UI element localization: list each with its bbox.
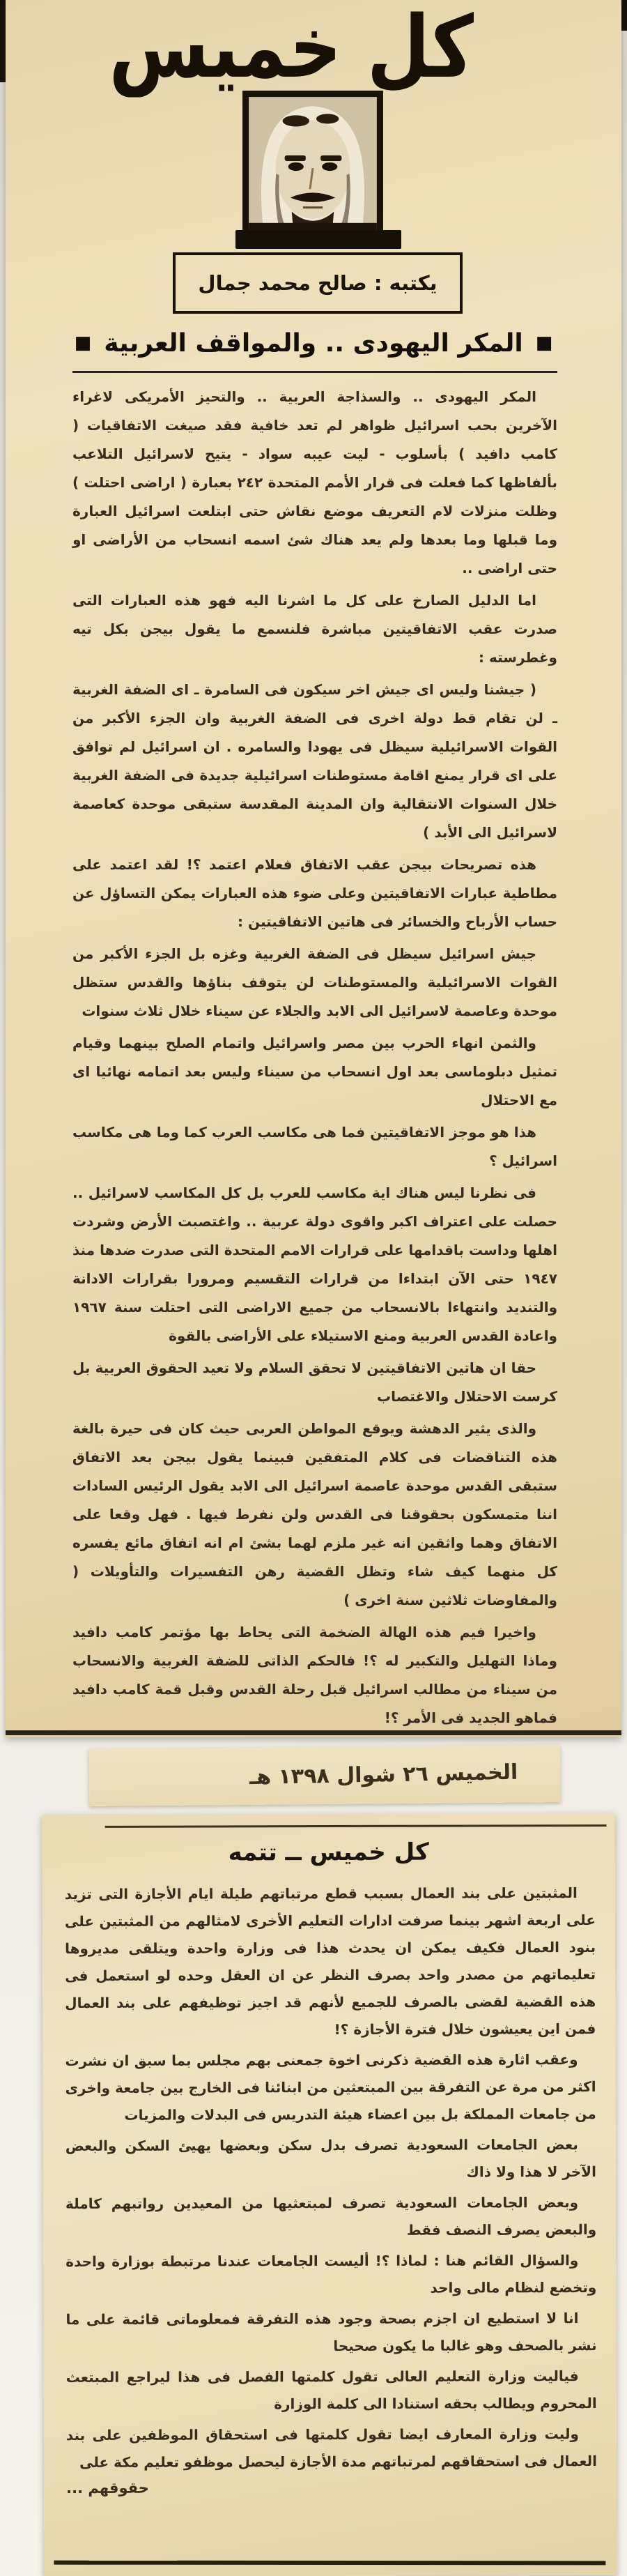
- issue-date: الخميس ٢٦ شوال ١٣٩٨ هـ: [131, 1760, 518, 1792]
- paragraph: هذا هو موجز الاتفاقيتين فما هى مكاسب الع…: [72, 1118, 557, 1175]
- article-clipping-main: كل خميس: [6, 0, 621, 1737]
- article-title-row: ■ المكر اليهودى .. والمواقف العربية ■: [6, 322, 621, 364]
- paragraph: ( جيشنا وليس اى جيش اخر سيكون فى السامرة…: [72, 676, 557, 847]
- date-strip: الخميس ٢٦ شوال ١٣٩٨ هـ: [89, 1745, 561, 1806]
- paragraph: والثمن انهاء الحرب بين مصر واسرائيل واتم…: [72, 1029, 557, 1115]
- byline-box: يكتبه : صالح محمد جمال: [173, 252, 463, 314]
- article-clipping-continuation: كل خميس ــ تتمه المثبتين على بند العمال …: [42, 1813, 617, 2576]
- byline-top-black-strip: [235, 230, 401, 249]
- paragraph: والذى يثير الدهشة ويوقع المواطن العربى ح…: [72, 1415, 557, 1615]
- paragraph: وليت وزارة المعارف ايضا تقول كلمتها فى ا…: [66, 2421, 597, 2476]
- paragraph: انا لا استطيع ان اجزم بصحة وجود هذه التف…: [65, 2305, 596, 2361]
- paragraph: المثبتين على بند العمال بسبب قطع مرتباته…: [65, 1880, 596, 2044]
- article-body: المكر اليهودى .. والسذاجة العربية .. وال…: [6, 383, 621, 1736]
- paragraph: فياليت وزارة التعليم العالى تقول كلمتها …: [66, 2363, 597, 2418]
- masthead: كل خميس: [6, 0, 621, 322]
- continuation-header: كل خميس ــ تتمه: [42, 1838, 615, 1867]
- scanned-newspaper-page: كل خميس: [0, 0, 627, 2576]
- paragraph: هذه تصريحات بيجن عقب الاتفاق فعلام اعتمد…: [72, 851, 557, 936]
- author-portrait-illustration: [238, 91, 387, 238]
- title-square-right: ■: [536, 334, 553, 352]
- article-title: المكر اليهودى .. والمواقف العربية: [104, 329, 523, 358]
- paragraph: واخيرا فيم هذه الهالة الضخمة التى يحاط ب…: [72, 1618, 557, 1732]
- paragraph: وبعض الجامعات السعودية تصرف لمبتعثيها من…: [65, 2189, 596, 2245]
- paragraph: حقا ان هاتين الاتفاقيتين لا تحقق السلام …: [72, 1354, 557, 1411]
- paragraph: جيش اسرائيل سيظل فى الضفة الغربية وغزه ب…: [72, 940, 557, 1026]
- title-divider-rule: [72, 371, 557, 373]
- clipping2-bottom-rule: [54, 2561, 605, 2566]
- paragraph: وعقب اثارة هذه القضية ذكرنى اخوة جمعنى ب…: [65, 2046, 596, 2129]
- byline-text: يكتبه : صالح محمد جمال: [198, 271, 437, 295]
- clipping2-top-rule: [105, 1824, 607, 1828]
- paragraph: بعض الجامعات السعودية تصرف بدل سكن وبعضه…: [65, 2131, 596, 2187]
- paragraph: اما الدليل الصارخ على كل ما اشرنا اليه ف…: [72, 586, 557, 672]
- paragraph: فى نظرنا ليس هناك اية مكاسب للعرب بل كل …: [72, 1179, 557, 1350]
- clipping1-bottom-rule: [6, 1730, 621, 1735]
- final-word: حقوقهم ...: [44, 2478, 617, 2497]
- title-square-left: ■: [75, 334, 92, 352]
- paragraph: المكر اليهودى .. والسذاجة العربية .. وال…: [72, 383, 557, 583]
- continuation-body: المثبتين على بند العمال بسبب قطع مرتباته…: [42, 1880, 617, 2476]
- author-portrait-photo: [238, 91, 387, 241]
- paragraph: والسؤال القائم هنا : لماذا ؟! أليست الجا…: [65, 2247, 596, 2303]
